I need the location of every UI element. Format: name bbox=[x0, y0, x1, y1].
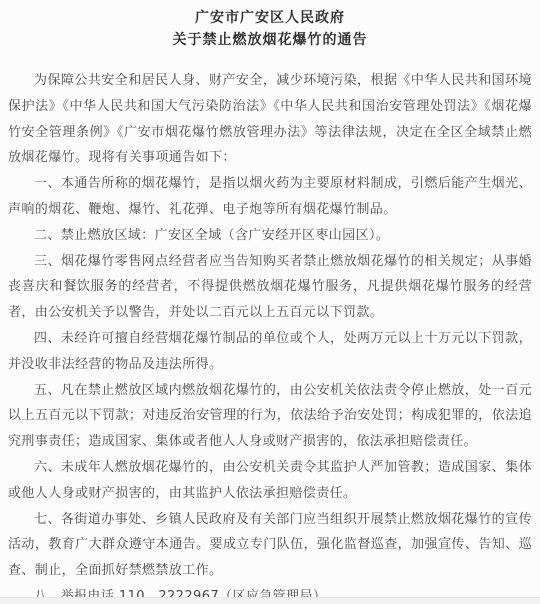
document-title: 广安市广安区人民政府 关于禁止燃放烟花爆竹的通告 bbox=[8, 7, 532, 51]
bottom-edge-strip bbox=[0, 597, 540, 604]
intro-paragraph: 为保障公共安全和居民人身、财产安全，减少环境污染，根据《中华人民共和国环境保护法… bbox=[8, 68, 532, 171]
item-5-violation-penalty: 五、凡在禁止燃放区域内燃放烟花爆竹的，由公安机关依法责令停止燃放，处一百元以上五… bbox=[8, 378, 532, 455]
item-1-definition: 一、本通告所称的烟花爆竹，是指以烟火药为主要原材料制成，引燃后能产生烟光、声响的… bbox=[8, 171, 532, 223]
title-line-government: 广安市广安区人民政府 bbox=[8, 7, 532, 29]
item-2-prohibited-area: 二、禁止燃放区域：广安区全域（含广安经开区枣山园区）。 bbox=[8, 223, 532, 249]
document-body: 为保障公共安全和居民人身、财产安全，减少环境污染，根据《中华人民共和国环境保护法… bbox=[8, 68, 532, 604]
item-6-minors: 六、未成年人燃放烟花爆竹的，由公安机关责令其监护人严加管教；造成国家、集体或他人… bbox=[8, 455, 532, 507]
title-line-subject: 关于禁止燃放烟花爆竹的通告 bbox=[8, 29, 532, 51]
notice-page: 广安市广安区人民政府 关于禁止燃放烟花爆竹的通告 为保障公共安全和居民人身、财产… bbox=[0, 0, 540, 604]
item-7-publicity-duties: 七、各街道办事处、乡镇人民政府及有关部门应当组织开展禁止燃放烟花爆竹的宣传活动，… bbox=[8, 507, 532, 584]
item-4-unlicensed-business-penalty: 四、未经许可擅自经营烟花爆竹制品的单位或个人，处两万元以上十万元以下罚款，并没收… bbox=[8, 326, 532, 378]
item-3-retailer-rules: 三、烟花爆竹零售网点经营者应当告知购买者禁止燃放烟花爆竹的相关规定；从事婚丧喜庆… bbox=[8, 249, 532, 326]
